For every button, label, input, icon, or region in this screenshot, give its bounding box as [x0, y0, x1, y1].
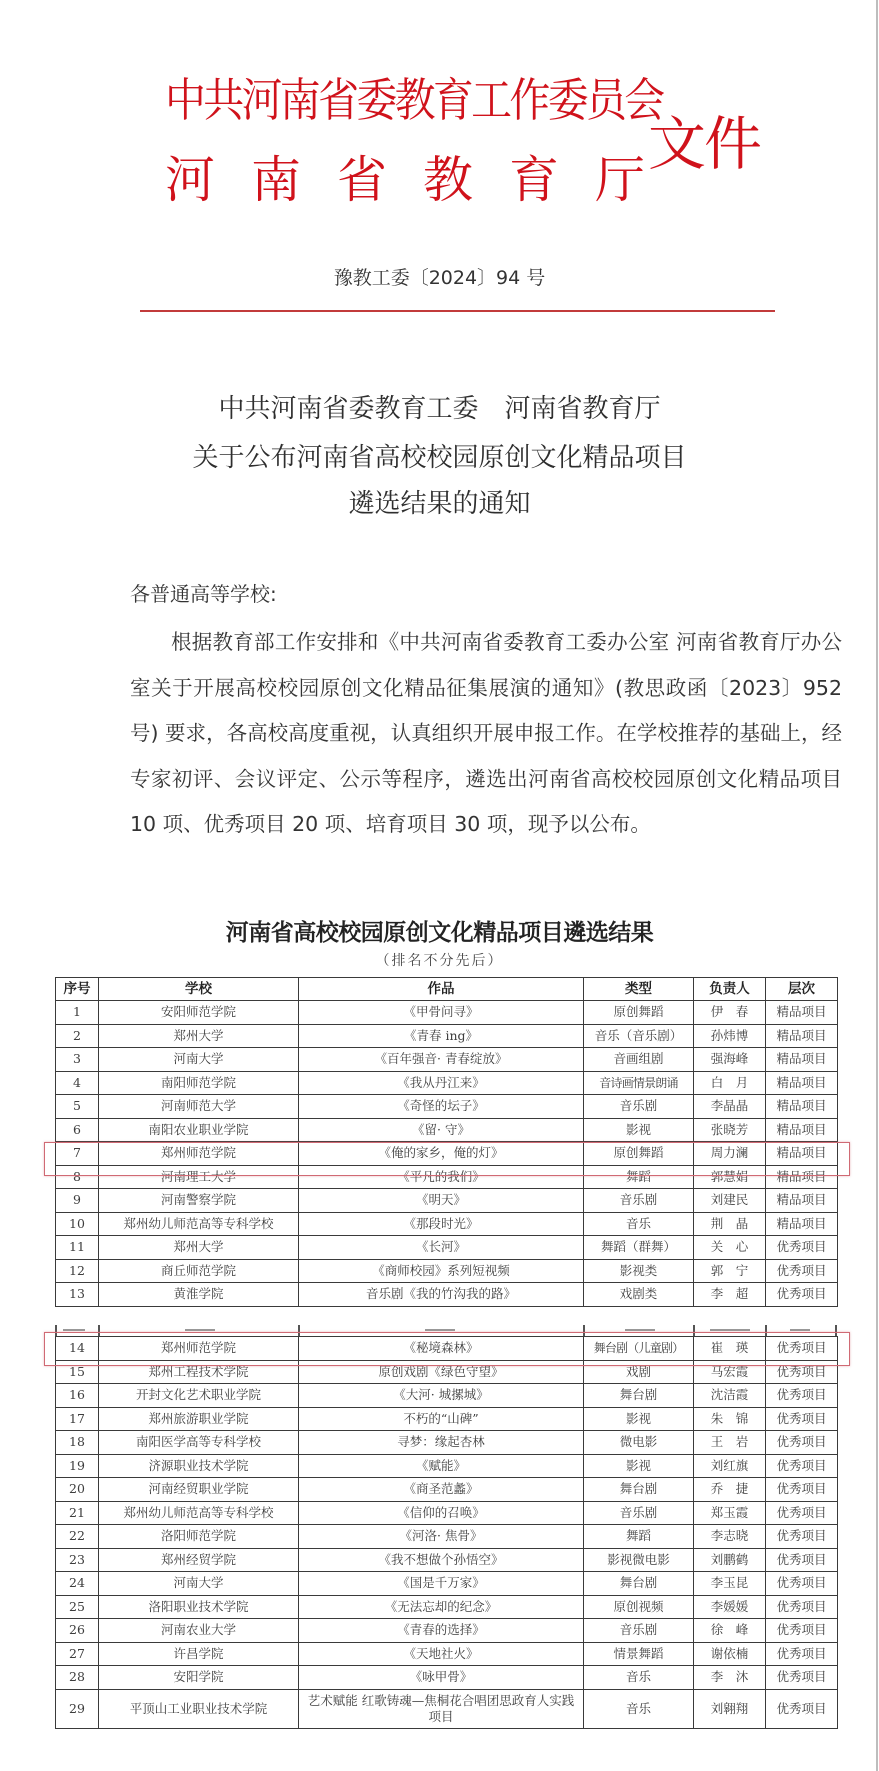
- row-level: 优秀项目: [766, 1384, 838, 1408]
- row-work: 《大河· 城摞城》: [299, 1384, 584, 1408]
- row-index: 18: [56, 1431, 99, 1455]
- results-table-part2: 14郑州师范学院《秘境森林》舞台剧（儿童剧）崔 瑛优秀项目15郑州工程技术学院原…: [55, 1336, 838, 1729]
- header-index: 序号: [56, 978, 99, 1001]
- row-leader: 李 超: [694, 1283, 766, 1307]
- row-school: 洛阳职业技术学院: [99, 1595, 299, 1619]
- row-level: 优秀项目: [766, 1407, 838, 1431]
- row-school: 郑州旅游职业学院: [99, 1407, 299, 1431]
- row-level: 优秀项目: [766, 1454, 838, 1478]
- row-school: 河南农业大学: [99, 1619, 299, 1643]
- letterhead-char: 教: [423, 140, 509, 212]
- row-index: 12: [56, 1259, 99, 1283]
- row-work: 《青春 ing》: [299, 1024, 584, 1048]
- row-type: 情景舞蹈: [584, 1642, 694, 1666]
- row-work: 《甲骨问寻》: [299, 1001, 584, 1025]
- row-index: 28: [56, 1666, 99, 1690]
- header-level: 层次: [766, 978, 838, 1001]
- row-type: 影视: [584, 1407, 694, 1431]
- row-type: 音乐: [584, 1212, 694, 1236]
- row-work: 《商圣范蠡》: [299, 1478, 584, 1502]
- row-level: 优秀项目: [766, 1431, 838, 1455]
- row-school: 济源职业技术学院: [99, 1454, 299, 1478]
- table-row: 1安阳师范学院《甲骨问寻》原创舞蹈伊 春精品项目: [56, 1001, 838, 1025]
- row-index: 29: [56, 1689, 99, 1728]
- row-index: 26: [56, 1619, 99, 1643]
- row-type: 影视: [584, 1454, 694, 1478]
- notice-title-line1: 中共河南省委教育工委 河南省教育厅: [0, 388, 879, 425]
- row-level: 精品项目: [766, 1001, 838, 1025]
- row-level: 优秀项目: [766, 1572, 838, 1596]
- row-type: 舞蹈（群舞）: [584, 1236, 694, 1260]
- letterhead-char: 南: [251, 140, 337, 212]
- table-subtitle: （排名不分先后）: [0, 950, 879, 970]
- row-type: 影视: [584, 1118, 694, 1142]
- row-work: 《我不想做个孙悟空》: [299, 1548, 584, 1572]
- row-school: 平顶山工业职业技术学院: [99, 1689, 299, 1728]
- row-type: 音乐剧: [584, 1095, 694, 1119]
- table-row: 21郑州幼儿师范高等专科学校《信仰的召唤》音乐剧郑玉霞优秀项目: [56, 1501, 838, 1525]
- row-school: 洛阳师范学院: [99, 1525, 299, 1549]
- row-work: 《明天》: [299, 1189, 584, 1213]
- row-work: 《那段时光》: [299, 1212, 584, 1236]
- row-leader: 伊 春: [694, 1001, 766, 1025]
- row-leader: 郭 宁: [694, 1259, 766, 1283]
- row-level: 优秀项目: [766, 1478, 838, 1502]
- row-school: 河南大学: [99, 1048, 299, 1072]
- row-level: 优秀项目: [766, 1619, 838, 1643]
- letterhead-line2: 河南省教育厅: [165, 140, 681, 212]
- row-leader: 刘红旗: [694, 1454, 766, 1478]
- table-title: 河南省高校校园原创文化精品项目遴选结果: [0, 914, 879, 947]
- row-school: 许昌学院: [99, 1642, 299, 1666]
- row-index: 13: [56, 1283, 99, 1307]
- salutation: 各普通高等学校:: [130, 578, 277, 607]
- row-school: 安阳师范学院: [99, 1001, 299, 1025]
- row-leader: 郑玉霞: [694, 1501, 766, 1525]
- row-leader: 徐 峰: [694, 1619, 766, 1643]
- table-row: 22洛阳师范学院《河洛· 焦骨》舞蹈李志晓优秀项目: [56, 1525, 838, 1549]
- row-school: 郑州大学: [99, 1236, 299, 1260]
- row-school: 郑州大学: [99, 1024, 299, 1048]
- row-work: 艺术赋能 红歌铸魂—焦桐花合唱团思政育人实践项目: [299, 1689, 584, 1728]
- table-row: 4南阳师范学院《我从丹江来》音诗画情景朗诵白 月精品项目: [56, 1071, 838, 1095]
- table-row: 2郑州大学《青春 ing》音乐（音乐剧）孙炜博精品项目: [56, 1024, 838, 1048]
- row-school: 郑州幼儿师范高等专科学校: [99, 1212, 299, 1236]
- row-type: 音诗画情景朗诵: [584, 1071, 694, 1095]
- row-leader: 孙炜博: [694, 1024, 766, 1048]
- row-index: 1: [56, 1001, 99, 1025]
- row-type: 音乐: [584, 1689, 694, 1728]
- row-level: 优秀项目: [766, 1666, 838, 1690]
- row-work: 《信仰的召唤》: [299, 1501, 584, 1525]
- row-work: 《国是千万家》: [299, 1572, 584, 1596]
- row-work: 《留· 守》: [299, 1118, 584, 1142]
- row-leader: 李玉昆: [694, 1572, 766, 1596]
- row-index: 23: [56, 1548, 99, 1572]
- row-type: 原创舞蹈: [584, 1001, 694, 1025]
- table-row: 20河南经贸职业学院《商圣范蠡》舞台剧乔 捷优秀项目: [56, 1478, 838, 1502]
- row-leader: 王 岩: [694, 1431, 766, 1455]
- row-leader: 刘建民: [694, 1189, 766, 1213]
- letterhead-char: 省: [337, 140, 423, 212]
- table-row: 25洛阳职业技术学院《无法忘却的纪念》原创视频李媛媛优秀项目: [56, 1595, 838, 1619]
- row-level: 精品项目: [766, 1071, 838, 1095]
- row-level: 优秀项目: [766, 1236, 838, 1260]
- row-leader: 谢依楠: [694, 1642, 766, 1666]
- row-school: 商丘师范学院: [99, 1259, 299, 1283]
- row-type: 音画组剧: [584, 1048, 694, 1072]
- row-work: 《百年强音· 青春绽放》: [299, 1048, 584, 1072]
- row-leader: 张晓芳: [694, 1118, 766, 1142]
- row-leader: 李 沐: [694, 1666, 766, 1690]
- row-index: 22: [56, 1525, 99, 1549]
- row-index: 11: [56, 1236, 99, 1260]
- row-work: 《赋能》: [299, 1454, 584, 1478]
- table-row: 26河南农业大学《青春的选择》音乐剧徐 峰优秀项目: [56, 1619, 838, 1643]
- row-index: 17: [56, 1407, 99, 1431]
- row-type: 戏剧类: [584, 1283, 694, 1307]
- row-type: 舞台剧: [584, 1572, 694, 1596]
- letterhead-line1: 中共河南省委教育工作委员会: [165, 64, 663, 130]
- row-level: 优秀项目: [766, 1548, 838, 1572]
- row-school: 南阳医学高等专科学校: [99, 1431, 299, 1455]
- row-school: 黄淮学院: [99, 1283, 299, 1307]
- row-leader: 荆 晶: [694, 1212, 766, 1236]
- row-level: 优秀项目: [766, 1259, 838, 1283]
- table-row: 12商丘师范学院《商师校园》系列短视频影视类郭 宁优秀项目: [56, 1259, 838, 1283]
- row-leader: 白 月: [694, 1071, 766, 1095]
- row-level: 优秀项目: [766, 1689, 838, 1728]
- highlight-box-row-14: [44, 1332, 850, 1366]
- row-leader: 刘翱翔: [694, 1689, 766, 1728]
- row-index: 2: [56, 1024, 99, 1048]
- row-type: 微电影: [584, 1431, 694, 1455]
- letterhead-char: 河: [165, 140, 251, 212]
- row-type: 影视类: [584, 1259, 694, 1283]
- row-school: 河南经贸职业学院: [99, 1478, 299, 1502]
- row-type: 舞台剧: [584, 1478, 694, 1502]
- table-row: 13黄淮学院音乐剧《我的竹沟我的路》戏剧类李 超优秀项目: [56, 1283, 838, 1307]
- row-type: 原创视频: [584, 1595, 694, 1619]
- row-leader: 沈洁霞: [694, 1384, 766, 1408]
- row-leader: 强海峰: [694, 1048, 766, 1072]
- row-school: 郑州经贸学院: [99, 1548, 299, 1572]
- row-level: 优秀项目: [766, 1283, 838, 1307]
- row-leader: 李志晓: [694, 1525, 766, 1549]
- table-row: 3河南大学《百年强音· 青春绽放》音画组剧强海峰精品项目: [56, 1048, 838, 1072]
- header-type: 类型: [584, 978, 694, 1001]
- row-level: 精品项目: [766, 1189, 838, 1213]
- table-row: 9河南警察学院《明天》音乐剧刘建民精品项目: [56, 1189, 838, 1213]
- header-school: 学校: [99, 978, 299, 1001]
- row-school: 河南大学: [99, 1572, 299, 1596]
- row-type: 舞台剧: [584, 1384, 694, 1408]
- table-row: 10郑州幼儿师范高等专科学校《那段时光》音乐荆 晶精品项目: [56, 1212, 838, 1236]
- row-leader: 朱 锦: [694, 1407, 766, 1431]
- row-type: 音乐剧: [584, 1619, 694, 1643]
- row-level: 精品项目: [766, 1212, 838, 1236]
- row-work: 《无法忘却的纪念》: [299, 1595, 584, 1619]
- row-level: 精品项目: [766, 1048, 838, 1072]
- highlight-box-row-7: [44, 1142, 850, 1176]
- table-row: 28安阳学院《咏甲骨》音乐李 沐优秀项目: [56, 1666, 838, 1690]
- row-index: 20: [56, 1478, 99, 1502]
- row-index: 9: [56, 1189, 99, 1213]
- document-number: 豫教工委〔2024〕94 号: [0, 263, 879, 290]
- row-school: 河南警察学院: [99, 1189, 299, 1213]
- table-row: 19济源职业技术学院《赋能》影视刘红旗优秀项目: [56, 1454, 838, 1478]
- row-school: 郑州幼儿师范高等专科学校: [99, 1501, 299, 1525]
- row-index: 5: [56, 1095, 99, 1119]
- row-level: 精品项目: [766, 1095, 838, 1119]
- row-type: 音乐剧: [584, 1501, 694, 1525]
- row-school: 河南师范大学: [99, 1095, 299, 1119]
- row-index: 16: [56, 1384, 99, 1408]
- table-row: 17郑州旅游职业学院不朽的“山碑”影视朱 锦优秀项目: [56, 1407, 838, 1431]
- table-row: 29平顶山工业职业技术学院艺术赋能 红歌铸魂—焦桐花合唱团思政育人实践项目音乐刘…: [56, 1689, 838, 1728]
- row-index: 25: [56, 1595, 99, 1619]
- row-index: 19: [56, 1454, 99, 1478]
- row-level: 精品项目: [766, 1024, 838, 1048]
- row-level: 优秀项目: [766, 1595, 838, 1619]
- row-leader: 李晶晶: [694, 1095, 766, 1119]
- row-level: 优秀项目: [766, 1525, 838, 1549]
- row-index: 21: [56, 1501, 99, 1525]
- row-leader: 刘鹏鹤: [694, 1548, 766, 1572]
- row-work: 《我从丹江来》: [299, 1071, 584, 1095]
- row-level: 优秀项目: [766, 1642, 838, 1666]
- body-paragraph: 根据教育部工作安排和《中共河南省委教育工委办公室 河南省教育厅办公室关于开展高校…: [130, 620, 842, 848]
- header-work: 作品: [299, 978, 584, 1001]
- row-work: 寻梦：缘起杏林: [299, 1431, 584, 1455]
- table-row: 27许昌学院《天地社火》情景舞蹈谢依楠优秀项目: [56, 1642, 838, 1666]
- row-type: 音乐剧: [584, 1189, 694, 1213]
- row-work: 《青春的选择》: [299, 1619, 584, 1643]
- row-work: 音乐剧《我的竹沟我的路》: [299, 1283, 584, 1307]
- letterhead-char: 育: [509, 140, 595, 212]
- table-row: 11郑州大学《长河》舞蹈（群舞）关 心优秀项目: [56, 1236, 838, 1260]
- notice-title-line3: 遴选结果的通知: [0, 483, 879, 520]
- table-row: 18南阳医学高等专科学校寻梦：缘起杏林微电影王 岩优秀项目: [56, 1431, 838, 1455]
- table-row: 5河南师范大学《奇怪的坛子》音乐剧李晶晶精品项目: [56, 1095, 838, 1119]
- row-work: 《咏甲骨》: [299, 1666, 584, 1690]
- row-level: 精品项目: [766, 1118, 838, 1142]
- table-row: 16开封文化艺术职业学院《大河· 城摞城》舞台剧沈洁霞优秀项目: [56, 1384, 838, 1408]
- row-leader: 乔 捷: [694, 1478, 766, 1502]
- notice-title-line2: 关于公布河南省高校校园原创文化精品项目: [0, 437, 879, 474]
- row-index: 27: [56, 1642, 99, 1666]
- red-divider: [140, 310, 775, 312]
- row-work: 不朽的“山碑”: [299, 1407, 584, 1431]
- row-school: 安阳学院: [99, 1666, 299, 1690]
- row-work: 《长河》: [299, 1236, 584, 1260]
- row-work: 《河洛· 焦骨》: [299, 1525, 584, 1549]
- row-school: 开封文化艺术职业学院: [99, 1384, 299, 1408]
- row-index: 4: [56, 1071, 99, 1095]
- header-leader: 负责人: [694, 978, 766, 1001]
- row-school: 南阳农业职业学院: [99, 1118, 299, 1142]
- row-index: 10: [56, 1212, 99, 1236]
- table-row: 24河南大学《国是千万家》舞台剧李玉昆优秀项目: [56, 1572, 838, 1596]
- row-index: 24: [56, 1572, 99, 1596]
- row-work: 《天地社火》: [299, 1642, 584, 1666]
- table-header-row: 序号 学校 作品 类型 负责人 层次: [56, 978, 838, 1001]
- row-level: 优秀项目: [766, 1501, 838, 1525]
- row-work: 《商师校园》系列短视频: [299, 1259, 584, 1283]
- table-row: 6南阳农业职业学院《留· 守》影视张晓芳精品项目: [56, 1118, 838, 1142]
- table-row: 23郑州经贸学院《我不想做个孙悟空》影视微电影刘鹏鹤优秀项目: [56, 1548, 838, 1572]
- row-type: 音乐: [584, 1666, 694, 1690]
- row-leader: 关 心: [694, 1236, 766, 1260]
- row-index: 3: [56, 1048, 99, 1072]
- row-school: 南阳师范学院: [99, 1071, 299, 1095]
- row-index: 6: [56, 1118, 99, 1142]
- row-type: 影视微电影: [584, 1548, 694, 1572]
- row-work: 《奇怪的坛子》: [299, 1095, 584, 1119]
- letterhead-suffix: 文件: [648, 97, 760, 181]
- row-type: 音乐（音乐剧）: [584, 1024, 694, 1048]
- row-type: 舞蹈: [584, 1525, 694, 1549]
- row-leader: 李媛媛: [694, 1595, 766, 1619]
